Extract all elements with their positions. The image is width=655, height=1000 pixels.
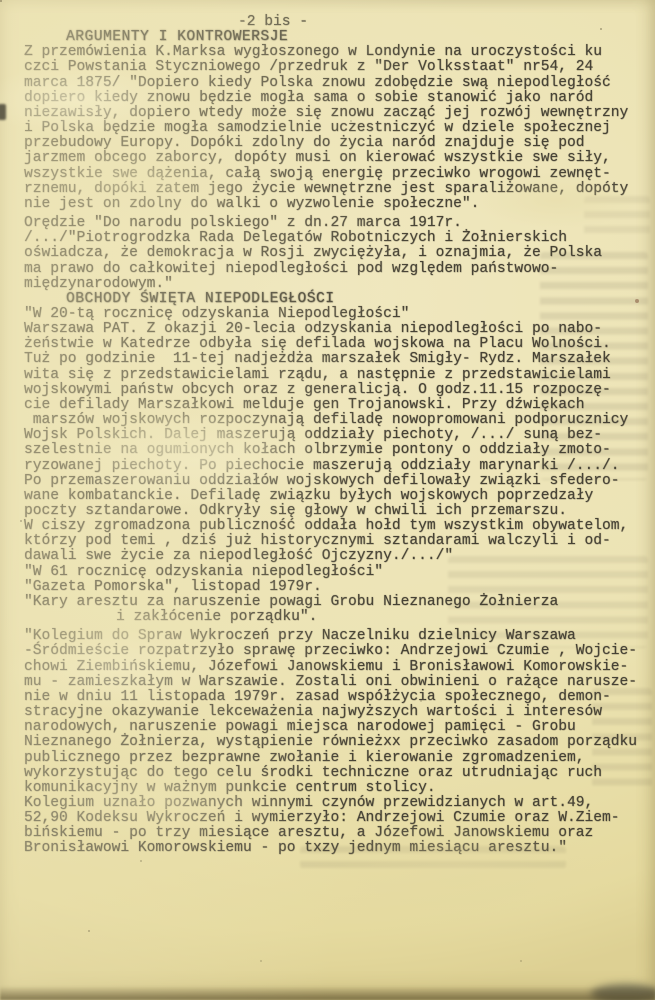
document-body: -2 bis -ARGUMENTY I KONTROWERSJEZ przemó… <box>24 15 646 857</box>
document-line: wykorzystując do tego celu środki techni… <box>24 766 646 781</box>
document-line: Kolegium uznało pozwanych winnymi czynów… <box>24 796 646 811</box>
document-line: komunikacyjny w ważnym punkcie centrum s… <box>24 781 646 796</box>
document-line: dawali swe życie za niepodległość Ojczyz… <box>24 549 646 564</box>
document-line: nie w dniu 11 listopada 1979r. zasad wsp… <box>24 690 646 705</box>
ink-speck <box>0 0 2 2</box>
document-line: Tuż po godzinie 11-tej nadjeżdża marszał… <box>24 352 646 367</box>
document-line: OBCHODY ŚWIĘTA NIEPODLEGŁOŚCI <box>24 292 646 307</box>
document-line: Warszawa PAT. Z okazji 20-lecia odzyskan… <box>24 322 646 337</box>
document-line: wane kombatanckie. Defiladę związku były… <box>24 489 646 504</box>
document-line: ryzowanej piechoty. Po piechocie maszeru… <box>24 459 646 474</box>
document-line: wszystkie swe dążenia, całą swoją energi… <box>24 167 646 182</box>
document-line: marca 1875/ "Dopiero kiedy Polska znowu … <box>24 76 646 91</box>
document-line: i zakłócenie porządku". <box>24 610 646 625</box>
document-line: wita się z przedstawicielami rządu, a na… <box>24 368 646 383</box>
edge-ink-mark <box>0 104 6 120</box>
bottom-shadow <box>0 986 655 1000</box>
document-line: "Gazeta Pomorska", listopad 1979r. <box>24 580 646 595</box>
document-line: Orędzie "Do narodu polskiego" z dn.27 ma… <box>24 216 646 231</box>
document-line: Bronisławowi Komorowskiemu - po txzy jed… <box>24 841 646 856</box>
document-line: wojskowymi państw obcych oraz z generali… <box>24 383 646 398</box>
document-line: niezawisły, dopiero wtedy może się znowu… <box>24 106 646 121</box>
document-line: cie defilady Marszałkowi melduje gen Tro… <box>24 398 646 413</box>
corner-smudge <box>591 984 655 1000</box>
document-line: nie jest on zdolny do walki o wyzwolenie… <box>24 197 646 212</box>
document-line: -Śródmieście rozpatrzyło sprawę przeciwk… <box>24 644 646 659</box>
document-page: -2 bis -ARGUMENTY I KONTROWERSJEZ przemó… <box>0 0 655 1000</box>
document-line: publicznego przez bezprawne zwołanie i k… <box>24 751 646 766</box>
document-line: jarzmem obcego zaborcy, dopóty musi on k… <box>24 151 646 166</box>
document-line: międzynarodowym." <box>24 277 646 292</box>
document-line: czci Powstania Styczniowego /przedruk z … <box>24 60 646 75</box>
document-line: dopiero kiedy znowu będzie mogła sama o … <box>24 91 646 106</box>
document-line: oświadcza, że demokracja w Rosji zwycięż… <box>24 246 646 261</box>
document-line: chowi Ziembińskiemu, Józefowi Janowskiem… <box>24 660 646 675</box>
document-line: "W 61 rocznicę odzyskania niepodległości… <box>24 565 646 580</box>
document-line: i Polska będzie mogła samodzielnie uczes… <box>24 121 646 136</box>
document-line: szelestnie na ogumionych kołach olbrzymi… <box>24 443 646 458</box>
document-line: poczty sztandarowe. Odkryły się głowy w … <box>24 504 646 519</box>
document-line: Po przemaszerowaniu oddziałów wojskowych… <box>24 474 646 489</box>
document-line: mu - zamieszkałym w Warszawie. Zostali o… <box>24 675 646 690</box>
document-line: -2 bis - <box>24 15 646 30</box>
document-line: stracyjne okazywanie lekceważenia najwyż… <box>24 705 646 720</box>
document-line: marszów wojskowych rozpoczynają defiladę… <box>24 413 646 428</box>
document-line: 52,90 Kodeksu Wykroczeń i wymierzyło: An… <box>24 811 646 826</box>
document-line: "Kary aresztu za naruszenie powagi Grobu… <box>24 595 646 610</box>
document-line: ma prawo do całkowitej niepodległości po… <box>24 262 646 277</box>
document-line: rznemu, dopóki zatem jego życie wewnętrz… <box>24 182 646 197</box>
document-line: "W 20-tą rocznicę odzyskania Niepodległo… <box>24 307 646 322</box>
document-line: Nieznanego Żołnierza, wystąpienie równie… <box>24 735 646 750</box>
